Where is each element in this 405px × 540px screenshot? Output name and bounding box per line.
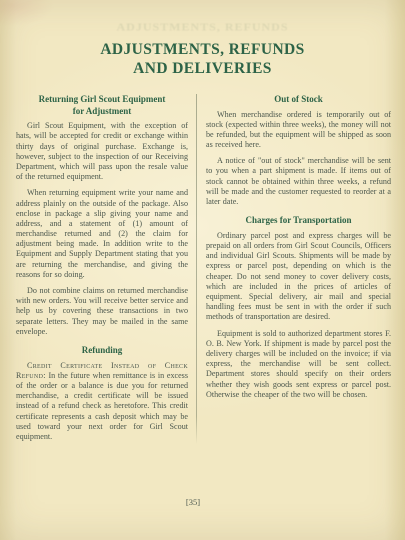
heading-returning-equipment: Returning Girl Scout Equipment for Adjus… [16,94,188,117]
heading-refunding: Refunding [16,345,188,357]
refunding-paragraph-rest: In the future when remittance is in exce… [16,371,188,441]
right-column: Out of Stock When merchandise ordered is… [197,94,391,448]
page-title-line2: AND DELIVERIES [133,60,272,77]
paragraph-transportation-1: Ordinary parcel post and express charges… [206,231,391,323]
two-column-layout: Returning Girl Scout Equipment for Adjus… [16,94,391,448]
page-title: ADJUSTMENTS, REFUNDS AND DELIVERIES [0,41,405,79]
paragraph-out-of-stock-1: When merchandise ordered is temporarily … [206,110,391,151]
left-column: Returning Girl Scout Equipment for Adjus… [16,94,188,448]
page-number: [35] [177,497,209,507]
heading-returning-line1: Returning Girl Scout Equipment [39,94,166,104]
heading-returning-line2: for Adjustment [73,106,132,116]
paragraph-returning-2: When returning equipment write your name… [16,188,188,280]
paragraph-returning-3: Do not combine claims on returned mercha… [16,286,188,337]
paragraph-transportation-2: Equipment is sold to authorized departme… [206,329,391,400]
scanned-catalog-page: { "document": { "title_line1": "ADJUSTME… [0,0,405,540]
paragraph-returning-1: Girl Scout Equipment, with the exception… [16,121,188,182]
bleed-through-text: ADJUSTMENTS, REFUNDS [0,21,405,35]
page-title-line1: ADJUSTMENTS, REFUNDS [100,41,304,58]
paragraph-refunding: Credit Certificate Instead of Check Refu… [16,361,188,443]
heading-charges-transportation: Charges for Transportation [206,215,391,227]
heading-out-of-stock: Out of Stock [206,94,391,106]
paragraph-out-of-stock-2: A notice of "out of stock" merchandise w… [206,156,391,207]
